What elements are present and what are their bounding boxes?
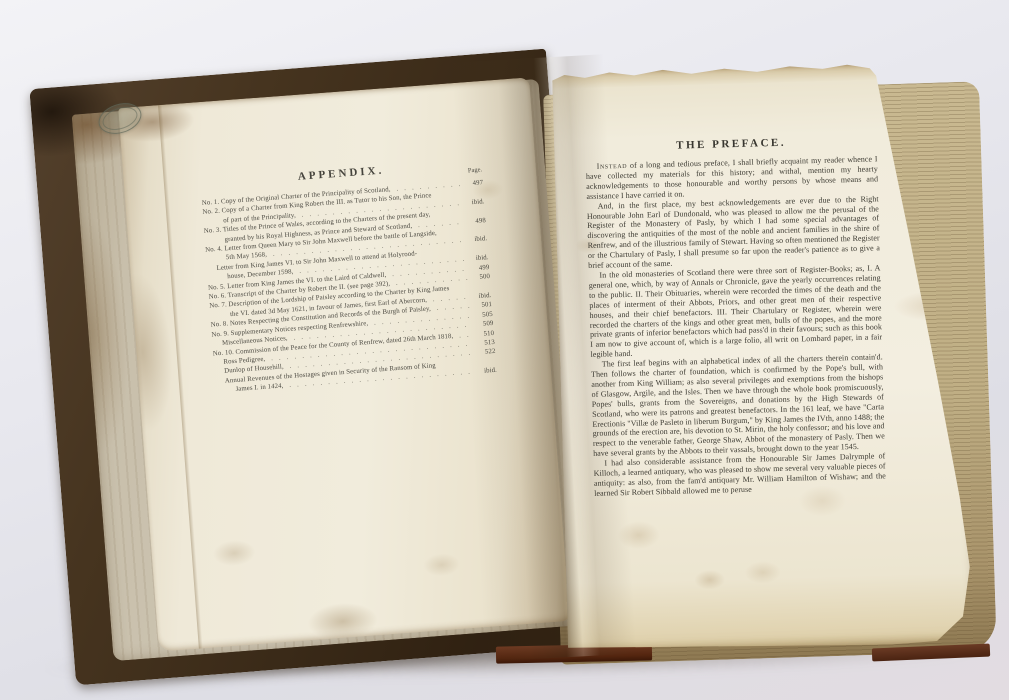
- appendix-content: Page. APPENDIX. No. 1. Copy of the Origi…: [200, 157, 497, 396]
- preface-paragraph: The first leaf begins with an alphabetic…: [591, 352, 885, 459]
- appendix-entry-page: ibid.: [464, 197, 485, 208]
- lead-word: Instead: [597, 161, 628, 171]
- page-column-header: Page.: [468, 166, 483, 174]
- preface-paragraph: In the old monasteries of Scotland there…: [588, 263, 882, 360]
- appendix-entry-page: 500: [470, 272, 491, 283]
- appendix-entry-page: ibid.: [467, 235, 488, 246]
- appendix-entry-page: 522: [475, 347, 496, 358]
- appendix-entries: No. 1. Copy of the Original Charter of t…: [202, 178, 498, 396]
- preface-paragraphs: Instead of a long and tedious preface, I…: [586, 154, 887, 498]
- appendix-entry-page: 497: [463, 178, 484, 189]
- preface-content: THE PREFACE. Instead of a long and tedio…: [585, 134, 886, 498]
- appendix-entry-page: ibid.: [477, 366, 498, 377]
- appendix-entry-page: 498: [466, 216, 487, 227]
- preface-paragraph: I had also considerable assistance from …: [593, 451, 886, 498]
- book-photo-scene: Page. APPENDIX. No. 1. Copy of the Origi…: [0, 0, 1009, 700]
- preface-paragraph: And, in the first place, my best acknowl…: [587, 194, 881, 271]
